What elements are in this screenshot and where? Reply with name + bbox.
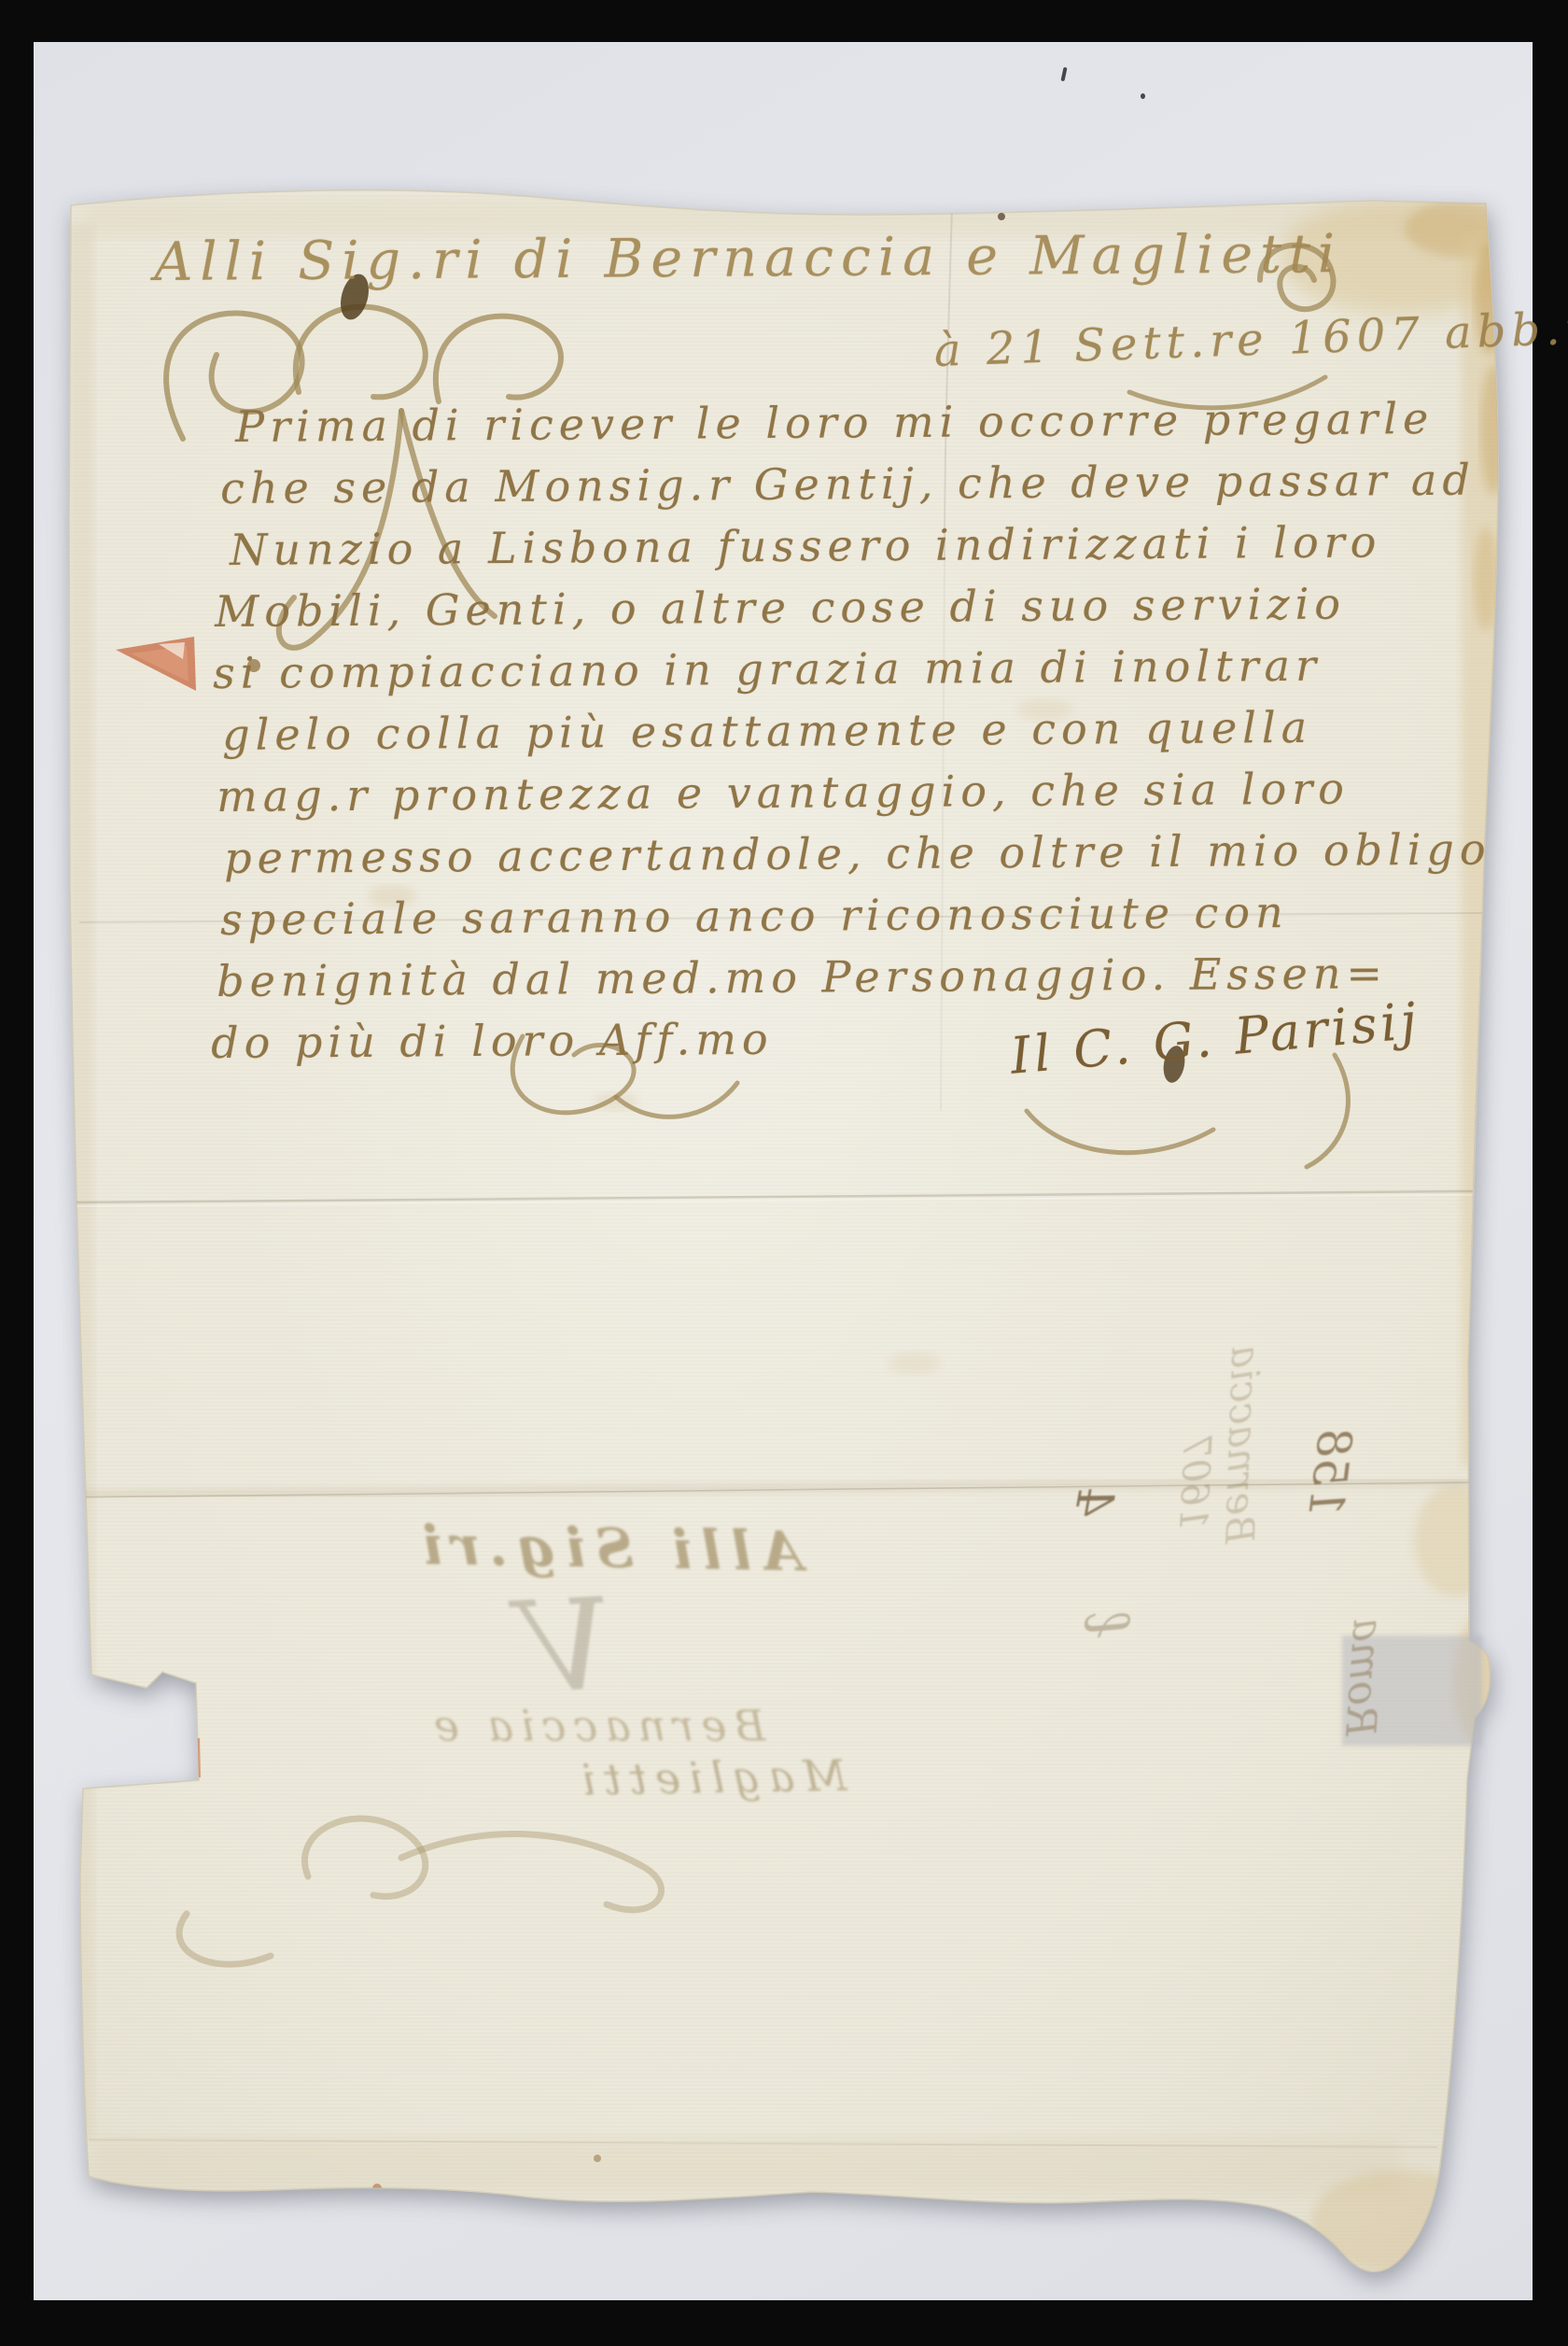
letter-body-line: glelo colla più esattamente e con quella [222, 702, 1312, 760]
letter-body-line: benignità dal med.mo Personaggio. Essen= [217, 948, 1388, 1006]
verso-address-monogram: V [517, 1571, 616, 1722]
verso-annotation-place: Roma [1336, 1616, 1392, 1738]
letter-body-line: si compiacciano in grazia mia di inoltra… [213, 640, 1322, 698]
letter-body-line: Nunzio a Lisbona fussero indirizzati i l… [230, 516, 1382, 575]
verso-address-showthrough: Alli Sig.ri V Bernaccia e Maglietti [242, 1505, 860, 1937]
letter-body-line: Mobili, Genti, o altre cose di suo servi… [215, 579, 1346, 637]
wax-seal-remnant-2 [142, 1735, 201, 1777]
letter-body-line: Prima di ricever le loro mi occorre preg… [235, 393, 1434, 452]
verso-annotation-number: 158 [1297, 1425, 1362, 1520]
letter-heading: Alli Sig.ri di Bernaccia e Maglietti [154, 223, 1342, 293]
verso-address-line: Maglietti [573, 1750, 847, 1805]
letter-body-line: speciale saranno anco riconosciute con [220, 887, 1289, 945]
verso-address-line: Bernaccia e [427, 1700, 766, 1750]
letter-body-line: mag.r prontezza e vantaggio, che sia lor… [217, 764, 1350, 822]
letter-closing-line: do più di loro Aff.mo [211, 1014, 774, 1068]
photo-of-manuscript: { "photo": { "backdrop_color": "#e2e4e9"… [0, 0, 1568, 2346]
verso-annotation-year: 1607 [1170, 1434, 1218, 1531]
verso-annotation-name: Bernaccia [1216, 1344, 1268, 1545]
letter-body-line: permesso accertandole, che oltre il mio … [224, 824, 1491, 883]
letter-body-line: che se da Monsig.r Gentij, che deve pass… [220, 455, 1476, 513]
